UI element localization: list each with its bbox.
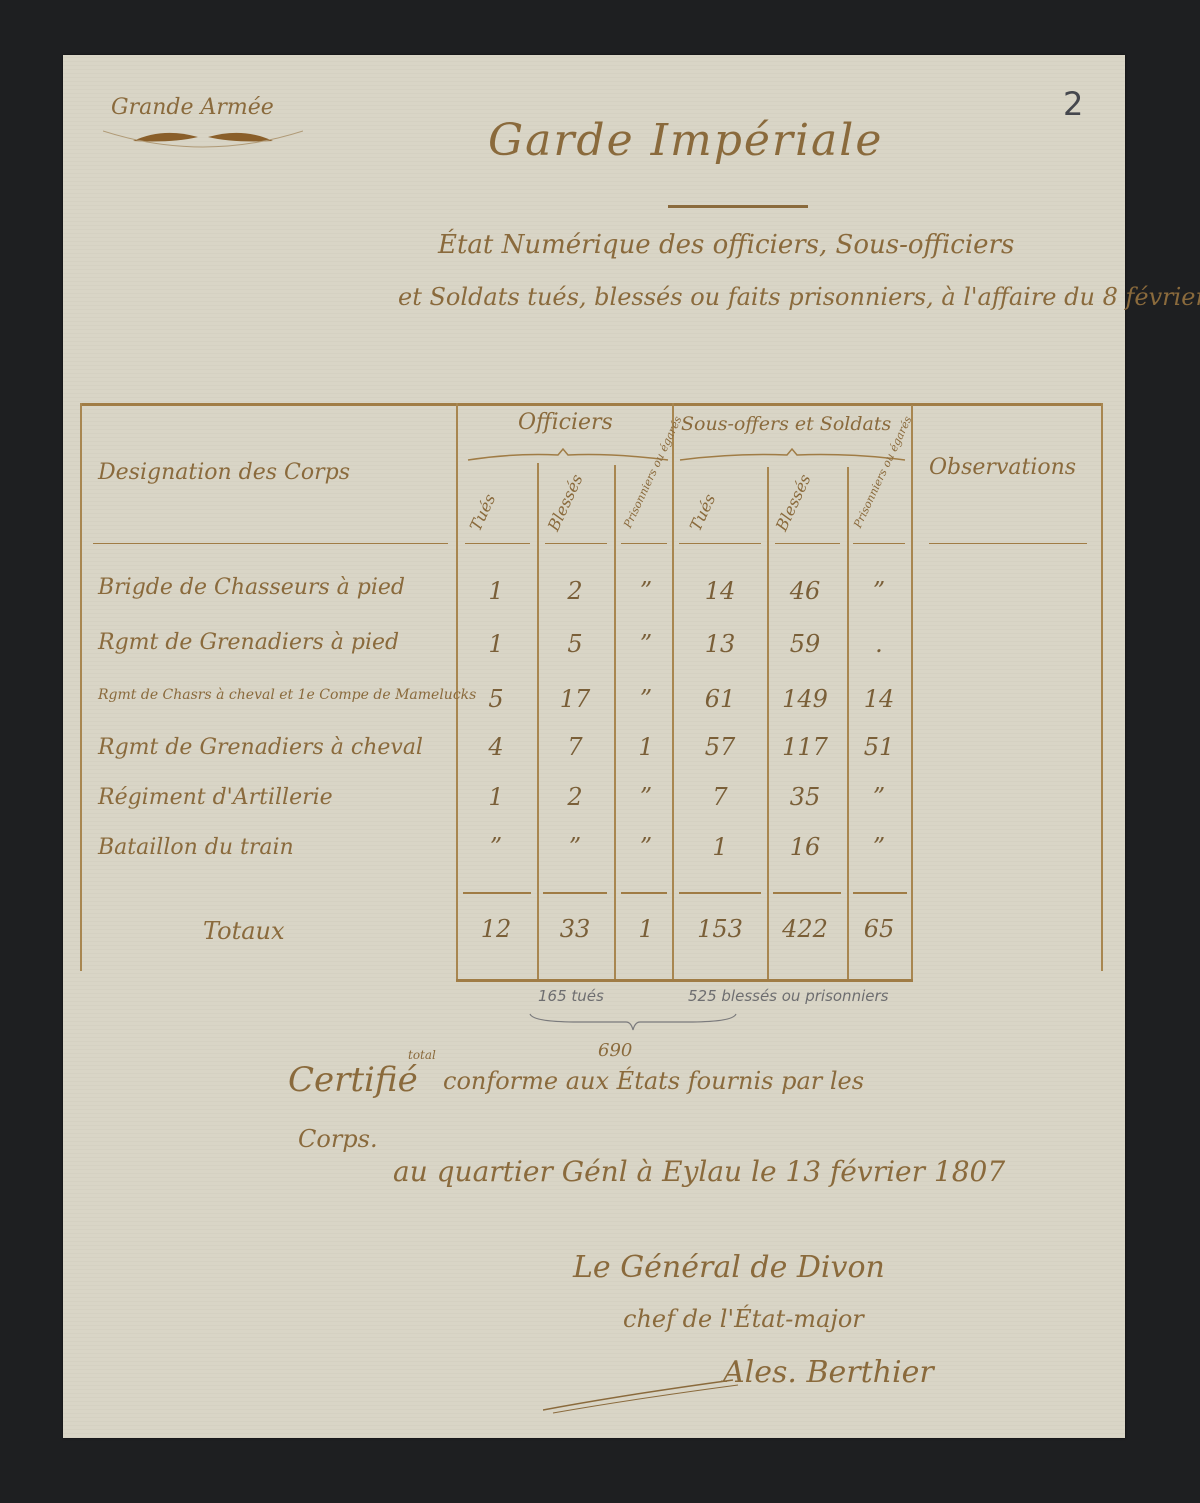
cert-place-date: au quartier Génl à Eylau le 13 février 1… — [393, 1155, 1005, 1188]
cell: 1 — [466, 577, 526, 605]
table-top-border — [80, 403, 1103, 406]
cell: 7 — [690, 783, 750, 811]
ornament-flourish-icon — [103, 123, 303, 153]
cell: 17 — [545, 685, 605, 713]
cell: 1 — [690, 833, 750, 861]
subheader-officiers-blesses: Blessés — [544, 471, 587, 534]
totals-rule — [679, 892, 761, 894]
pencil-brace-icon — [528, 1010, 738, 1032]
cert-line1: conforme aux États fournis par les — [443, 1067, 864, 1095]
header-rule — [465, 543, 530, 544]
cell: 51 — [849, 733, 909, 761]
subheader-soldats-tues: Tués — [686, 491, 720, 534]
header-designation: Designation des Corps — [98, 460, 350, 485]
divider-soldats — [911, 405, 913, 981]
cert-insert-total: total — [408, 1048, 436, 1062]
cell: 14 — [690, 577, 750, 605]
cell: 57 — [690, 733, 750, 761]
cell: 1 — [466, 630, 526, 658]
subheader-officiers-tues: Tués — [466, 491, 500, 534]
cell: ” — [616, 577, 676, 605]
row-label: Rgmt de Grenadiers à pied — [98, 630, 399, 655]
pencil-note-killed: 165 tués — [538, 987, 604, 1005]
cell: 16 — [775, 833, 835, 861]
manuscript-page: Grande Armée 2 Garde Impériale État Numé… — [63, 55, 1125, 1438]
cell: 4 — [466, 733, 526, 761]
cell: ” — [616, 783, 676, 811]
subheader-soldats-blesses: Blessés — [772, 471, 815, 534]
header-rule — [929, 543, 1087, 544]
totals-rule — [853, 892, 907, 894]
row-label: Régiment d'Artillerie — [98, 785, 333, 810]
cell: 5 — [545, 630, 605, 658]
header-rule — [545, 543, 607, 544]
table-bottom-border — [456, 979, 913, 982]
cell: ” — [545, 833, 605, 861]
cert-word: Certifié — [288, 1060, 418, 1100]
header-officiers: Officiers — [518, 410, 613, 435]
cert-line2: Corps. — [298, 1125, 378, 1153]
folio-number: 2 — [1063, 85, 1083, 123]
cell: ” — [849, 577, 909, 605]
cell: 35 — [775, 783, 835, 811]
totals-rule — [621, 892, 667, 894]
brace-officiers-icon — [463, 445, 673, 465]
row-label: Rgmt de Chasrs à cheval et 1e Compe de M… — [98, 687, 476, 703]
divider-sub — [537, 463, 539, 981]
header-rule — [679, 543, 761, 544]
total-cell: 33 — [545, 915, 605, 943]
totals-rule — [463, 892, 531, 894]
subheader-officiers-prisonniers: Prisonniers ou égarés — [621, 414, 684, 530]
cell: 117 — [775, 733, 835, 761]
cell: . — [849, 630, 909, 658]
signature-name: Ales. Berthier — [723, 1355, 934, 1390]
header-observations: Observations — [929, 455, 1076, 480]
cell: 2 — [545, 783, 605, 811]
cell: 1 — [616, 733, 676, 761]
subtitle-line-1: État Numérique des officiers, Sous-offic… — [438, 230, 1014, 260]
cell: 14 — [849, 685, 909, 713]
totals-rule — [773, 892, 841, 894]
cell: 2 — [545, 577, 605, 605]
header-rule — [853, 543, 905, 544]
subtitle-line-2: et Soldats tués, blessés ou faits prison… — [398, 283, 1200, 311]
header-rule — [775, 543, 840, 544]
divider-sub — [847, 467, 849, 981]
totals-label: Totaux — [203, 917, 285, 945]
cell: 59 — [775, 630, 835, 658]
cell: ” — [849, 833, 909, 861]
cell: ” — [616, 833, 676, 861]
cell: ” — [616, 630, 676, 658]
cell: 7 — [545, 733, 605, 761]
total-cell: 422 — [775, 915, 835, 943]
cell: 13 — [690, 630, 750, 658]
total-cell: 1 — [616, 915, 676, 943]
signature-role: chef de l'État-major — [623, 1305, 864, 1333]
pencil-note-wounded: 525 blessés ou prisonniers — [688, 987, 888, 1005]
total-cell: 153 — [690, 915, 750, 943]
cell: ” — [849, 783, 909, 811]
header-rule — [621, 543, 667, 544]
title-rule — [668, 205, 808, 208]
divider-sub — [614, 465, 616, 981]
row-label: Brigde de Chasseurs à pied — [98, 575, 405, 600]
cell: ” — [466, 833, 526, 861]
table-right-border — [1101, 403, 1103, 971]
cell: 5 — [466, 685, 526, 713]
cert-grand-total: 690 — [598, 1040, 632, 1061]
row-label: Bataillon du train — [98, 835, 294, 860]
cell: 1 — [466, 783, 526, 811]
header-rule — [93, 543, 448, 544]
signature-title: Le Général de Divon — [573, 1250, 885, 1285]
cell: 149 — [775, 685, 835, 713]
total-cell: 12 — [466, 915, 526, 943]
divider-sub — [767, 467, 769, 981]
cell: 61 — [690, 685, 750, 713]
header-grande-armee: Grande Armée — [111, 95, 274, 120]
header-sous-officiers: Sous-offers et Soldats — [681, 413, 891, 435]
table-left-border — [80, 403, 82, 971]
total-cell: 65 — [849, 915, 909, 943]
page-title: Garde Impériale — [488, 115, 883, 166]
totals-rule — [543, 892, 607, 894]
cell: ” — [616, 685, 676, 713]
brace-soldats-icon — [675, 445, 910, 465]
signature-flourish-icon — [543, 1375, 743, 1415]
row-label: Rgmt de Grenadiers à cheval — [98, 735, 423, 760]
cell: 46 — [775, 577, 835, 605]
